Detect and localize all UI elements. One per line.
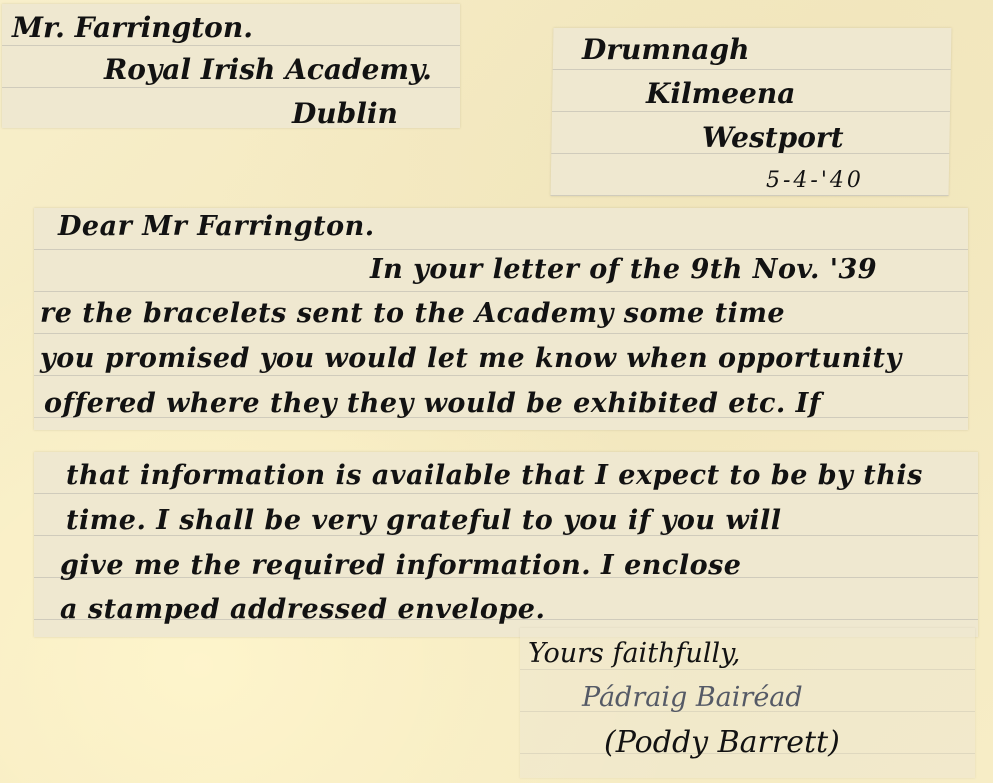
body-line-7: give me the required information. I encl… — [60, 552, 741, 579]
body-line-6: time. I shall be very grateful to you if… — [66, 507, 781, 534]
sender-town: Westport — [702, 124, 844, 152]
body-line-1: In your letter of the 9th Nov. '39 — [370, 256, 877, 283]
body-line-3: you promised you would let me know when … — [40, 345, 902, 372]
signature-english: (Poddy Barrett) — [604, 728, 840, 758]
sender-townland: Drumnagh — [582, 36, 749, 64]
body-line-8: a stamped addressed envelope. — [60, 596, 545, 623]
recipient-institution: Royal Irish Academy. — [104, 56, 432, 84]
salutation: Dear Mr Farrington. — [58, 213, 375, 240]
letter-date: 5-4-'40 — [766, 170, 864, 192]
body-line-4: offered where they they would be exhibit… — [44, 390, 821, 417]
recipient-city: Dublin — [292, 100, 398, 128]
body-line-5: that information is available that I exp… — [66, 462, 923, 489]
recipient-name: Mr. Farrington. — [12, 14, 253, 42]
valediction: Yours faithfully, — [528, 640, 740, 667]
signature-irish: Pádraig Bairéad — [582, 684, 803, 711]
sender-parish: Kilmeena — [646, 80, 795, 108]
body-line-2: re the bracelets sent to the Academy som… — [40, 300, 785, 327]
